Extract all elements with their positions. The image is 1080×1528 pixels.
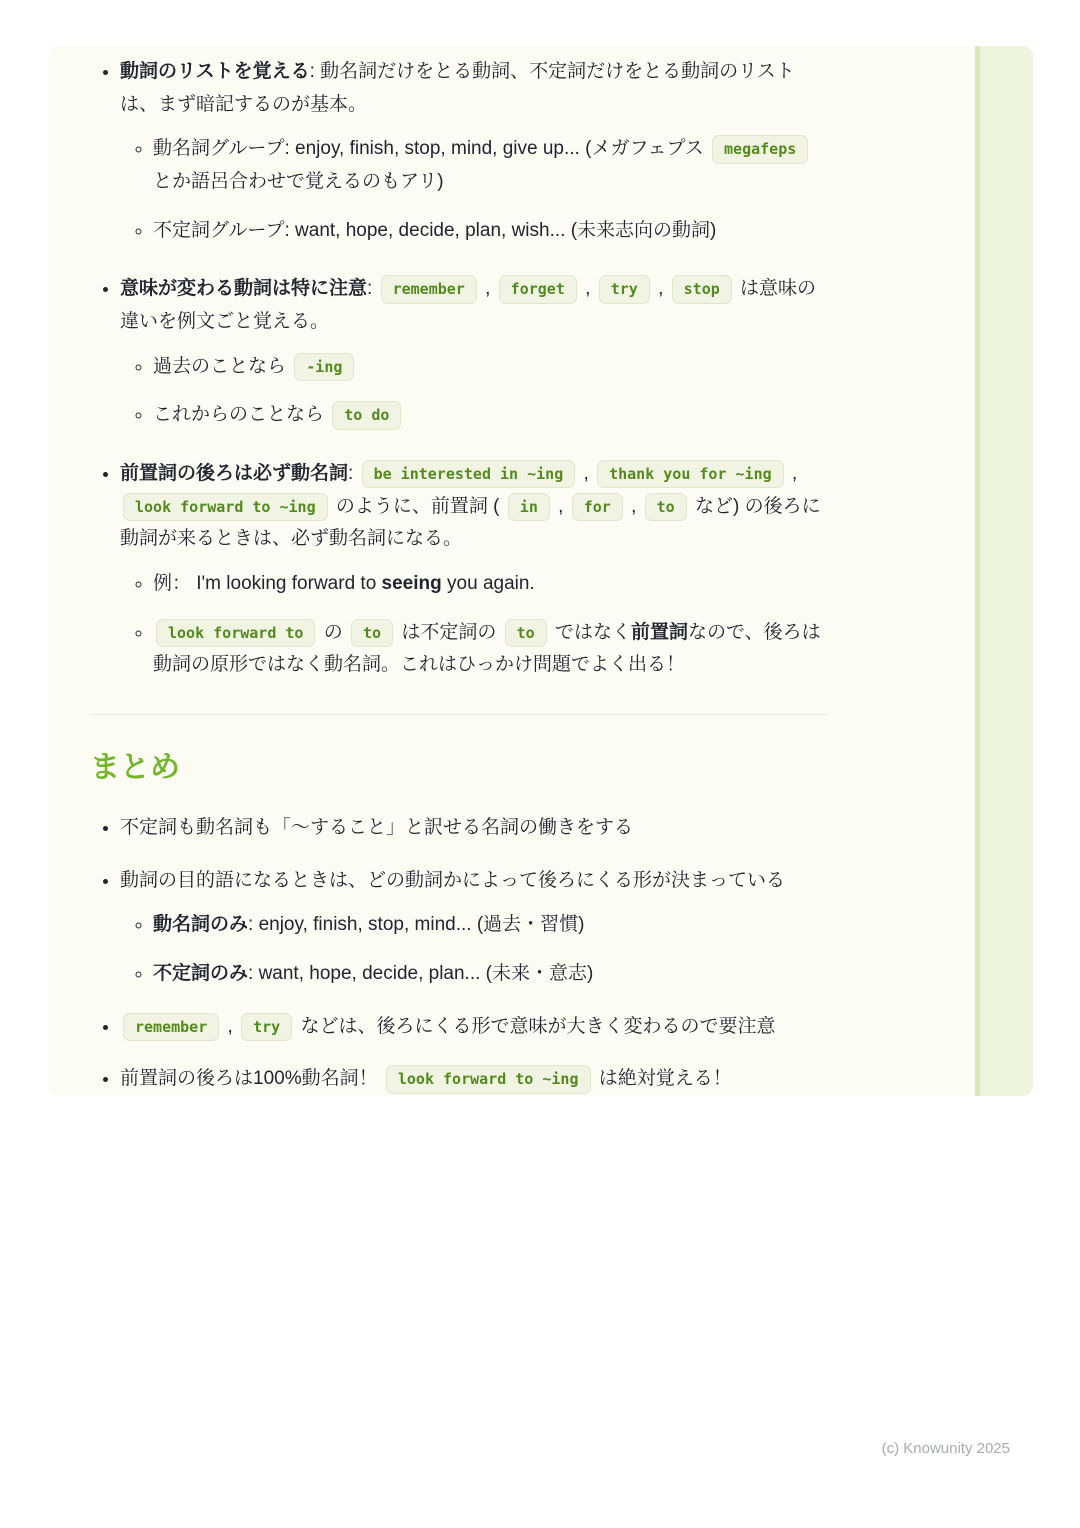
text-run: これからのことなら xyxy=(153,404,329,425)
list-item-text: これからのことなら to do xyxy=(153,399,830,432)
list-item-text: remember , try などは、後ろにくる形で意味が大きく変わるので要注意 xyxy=(120,1011,830,1044)
text-run: , xyxy=(787,463,798,484)
text-run: , xyxy=(578,463,594,484)
text-run: とか語呂合わせで覚えるのもアリ) xyxy=(153,171,444,192)
list-item-text: 不定詞も動名詞も「〜すること」と訳せる名詞の働きをする xyxy=(120,812,830,845)
text-run: 動詞の目的語になるときは、どの動詞かによって後ろにくる形が決まっている xyxy=(120,870,785,891)
bold-text: 意味が変わる動詞は特に注意 xyxy=(120,278,367,299)
list-item-text: 動詞の目的語になるときは、どの動詞かによって後ろにくる形が決まっている xyxy=(120,865,830,898)
text-run: you again. xyxy=(442,573,535,594)
text-run: , xyxy=(580,278,596,299)
list-item-text: 前置詞の後ろは100%動名詞！ look forward to ~ing は絶対… xyxy=(120,1063,830,1096)
text-run: は不定詞の xyxy=(396,622,502,643)
text-run: : xyxy=(367,278,378,299)
sub-list: 過去のことなら -ingこれからのことなら to do xyxy=(120,351,830,432)
bold-text: 前置詞の後ろは必ず動名詞 xyxy=(120,463,348,484)
code-badge: remember xyxy=(123,1013,219,1041)
code-badge: to xyxy=(351,619,393,647)
study-tips-list: 動詞のリストを覚える: 動名詞だけをとる動詞、不定詞だけをとる動詞のリストは、ま… xyxy=(90,56,830,682)
list-item: 前置詞の後ろは必ず動名詞: be interested in ~ing , th… xyxy=(120,458,830,682)
list-item-text: 前置詞の後ろは必ず動名詞: be interested in ~ing , th… xyxy=(120,458,830,556)
sub-list: 動名詞のみ: enjoy, finish, stop, mind... (過去・… xyxy=(120,909,830,990)
list-item: 不定詞も動名詞も「〜すること」と訳せる名詞の働きをする xyxy=(120,812,830,845)
list-item: 動詞の目的語になるときは、どの動詞かによって後ろにくる形が決まっている動名詞のみ… xyxy=(120,865,830,991)
bold-text: 不定詞のみ xyxy=(153,963,248,984)
code-badge: look forward to ~ing xyxy=(123,493,328,521)
text-run: : xyxy=(348,463,359,484)
list-item: これからのことなら to do xyxy=(153,399,830,432)
page-edge-scroll-track xyxy=(975,46,1033,1096)
text-run: , xyxy=(626,496,642,517)
code-badge: megafeps xyxy=(712,135,808,163)
list-item-text: 動名詞グループ: enjoy, finish, stop, mind, give… xyxy=(153,133,830,198)
code-badge: try xyxy=(599,275,650,303)
bold-text: 前置詞 xyxy=(631,622,688,643)
summary-heading: まとめ xyxy=(90,751,830,784)
text-run: の xyxy=(318,622,348,643)
list-item: 過去のことなら -ing xyxy=(153,351,830,384)
list-item-text: 例： I'm looking forward to seeing you aga… xyxy=(153,568,830,601)
text-run: 前置詞の後ろは100%動名詞！ xyxy=(120,1068,383,1089)
bold-text: 動名詞のみ xyxy=(153,914,248,935)
code-badge: look forward to xyxy=(156,619,315,647)
list-item: 例： I'm looking forward to seeing you aga… xyxy=(153,568,830,601)
text-run: : enjoy, finish, stop, mind... (過去・習慣) xyxy=(248,914,584,935)
code-badge: to do xyxy=(332,401,401,429)
copyright-text: (c) Knowunity 2025 xyxy=(882,1440,1010,1457)
code-badge: look forward to ~ing xyxy=(386,1065,591,1093)
bold-text: 動詞のリストを覚える xyxy=(120,61,310,82)
text-run: などは、後ろにくる形で意味が大きく変わるので要注意 xyxy=(295,1016,775,1037)
list-item-text: 不定詞のみ: want, hope, decide, plan... (未来・意… xyxy=(153,958,830,991)
bold-text: seeing xyxy=(382,573,442,594)
list-item-text: 意味が変わる動詞は特に注意: remember , forget , try ,… xyxy=(120,273,830,338)
notes-card: 動詞のリストを覚える: 動名詞だけをとる動詞、不定詞だけをとる動詞のリストは、ま… xyxy=(48,46,1033,1096)
sub-list: 動名詞グループ: enjoy, finish, stop, mind, give… xyxy=(120,133,830,247)
list-item-text: 不定詞グループ: want, hope, decide, plan, wish.… xyxy=(153,215,830,248)
code-badge: forget xyxy=(499,275,577,303)
code-badge: thank you for ~ing xyxy=(597,460,784,488)
section-divider xyxy=(90,714,828,715)
list-item: 意味が変わる動詞は特に注意: remember , forget , try ,… xyxy=(120,273,830,432)
page: 動詞のリストを覚える: 動名詞だけをとる動詞、不定詞だけをとる動詞のリストは、ま… xyxy=(0,0,1080,1528)
code-badge: try xyxy=(241,1013,292,1041)
text-run: : want, hope, decide, plan... (未来・意志) xyxy=(248,963,593,984)
text-run: 過去のことなら xyxy=(153,356,291,377)
code-badge: to xyxy=(645,493,687,521)
text-run: 不定詞グループ: want, hope, decide, plan, wish.… xyxy=(153,220,716,241)
code-badge: to xyxy=(505,619,547,647)
code-badge: be interested in ~ing xyxy=(362,460,576,488)
list-item-text: 動名詞のみ: enjoy, finish, stop, mind... (過去・… xyxy=(153,909,830,942)
text-run: 例： I'm looking forward to xyxy=(153,573,382,594)
summary-list: 不定詞も動名詞も「〜すること」と訳せる名詞の働きをする動詞の目的語になるときは、… xyxy=(90,812,830,1096)
list-item: 動名詞グループ: enjoy, finish, stop, mind, give… xyxy=(153,133,830,198)
list-item-text: look forward to の to は不定詞の to ではなく前置詞なので… xyxy=(153,617,830,682)
list-item-text: 動詞のリストを覚える: 動名詞だけをとる動詞、不定詞だけをとる動詞のリストは、ま… xyxy=(120,56,830,121)
code-badge: -ing xyxy=(294,353,354,381)
text-run: は絶対覚える！ xyxy=(594,1068,732,1089)
notes-content-area: 動詞のリストを覚える: 動名詞だけをとる動詞、不定詞だけをとる動詞のリストは、ま… xyxy=(48,46,975,1096)
code-badge: remember xyxy=(381,275,477,303)
list-item: 動名詞のみ: enjoy, finish, stop, mind... (過去・… xyxy=(153,909,830,942)
list-item: look forward to の to は不定詞の to ではなく前置詞なので… xyxy=(153,617,830,682)
text-run: 不定詞も動名詞も「〜すること」と訳せる名詞の働きをする xyxy=(120,817,633,838)
code-badge: for xyxy=(572,493,623,521)
list-item: 動詞のリストを覚える: 動名詞だけをとる動詞、不定詞だけをとる動詞のリストは、ま… xyxy=(120,56,830,247)
list-item-text: 過去のことなら -ing xyxy=(153,351,830,384)
text-run: , xyxy=(553,496,569,517)
text-run: ではなく xyxy=(550,622,631,643)
list-item: 不定詞グループ: want, hope, decide, plan, wish.… xyxy=(153,215,830,248)
sub-list: 例： I'm looking forward to seeing you aga… xyxy=(120,568,830,682)
list-item: 不定詞のみ: want, hope, decide, plan... (未来・意… xyxy=(153,958,830,991)
text-run: , xyxy=(480,278,496,299)
notes-content: 動詞のリストを覚える: 動名詞だけをとる動詞、不定詞だけをとる動詞のリストは、ま… xyxy=(90,56,830,1096)
text-run: , xyxy=(222,1016,238,1037)
code-badge: stop xyxy=(672,275,732,303)
list-item: remember , try などは、後ろにくる形で意味が大きく変わるので要注意 xyxy=(120,1011,830,1044)
code-badge: in xyxy=(508,493,550,521)
text-run: , xyxy=(653,278,669,299)
text-run: 動名詞グループ: enjoy, finish, stop, mind, give… xyxy=(153,138,709,159)
text-run: のように、前置詞 ( xyxy=(331,496,505,517)
list-item: 前置詞の後ろは100%動名詞！ look forward to ~ing は絶対… xyxy=(120,1063,830,1096)
